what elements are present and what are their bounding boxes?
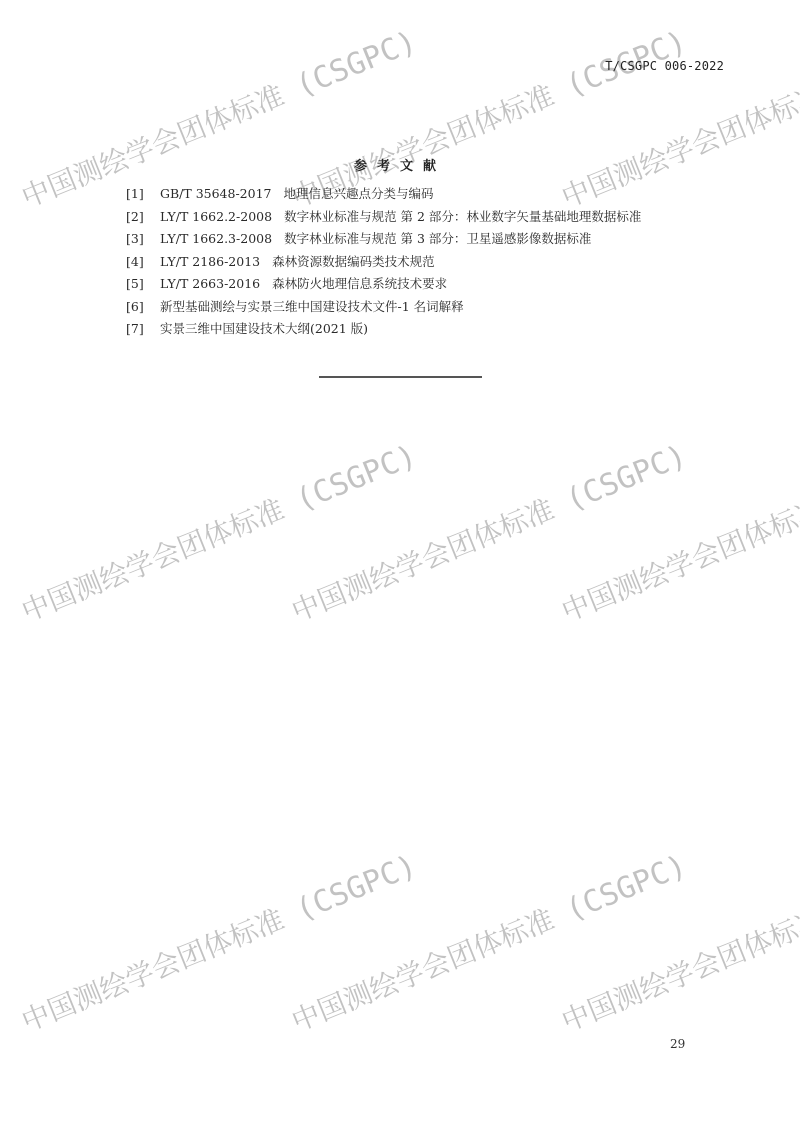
watermark: 中国测绘学会团体标准(CSGPC) bbox=[555, 435, 800, 630]
watermark: 中国测绘学会团体标准(CSGPC) bbox=[555, 845, 800, 1040]
reference-item: [2]LY/T 1662.2-2008数字林业标准与规范 第 2 部分：林业数字… bbox=[126, 206, 641, 229]
reference-list: [1]GB/T 35648-2017地理信息兴趣点分类与编码 [2]LY/T 1… bbox=[126, 183, 641, 341]
reference-number: [4] bbox=[126, 251, 160, 274]
reference-title: 地理信息兴趣点分类与编码 bbox=[284, 186, 434, 201]
reference-item: [4]LY/T 2186-2013森林资源数据编码类技术规范 bbox=[126, 251, 641, 274]
reference-number: [6] bbox=[126, 296, 160, 319]
reference-number: [2] bbox=[126, 206, 160, 229]
reference-title: 森林防火地理信息系统技术要求 bbox=[272, 276, 447, 291]
reference-title: 森林资源数据编码类技术规范 bbox=[272, 254, 435, 269]
reference-code: LY/T 2186-2013 bbox=[160, 251, 260, 274]
reference-number: [5] bbox=[126, 273, 160, 296]
reference-title: 新型基础测绘与实景三维中国建设技术文件-1 名词解释 bbox=[160, 299, 464, 314]
reference-item: [1]GB/T 35648-2017地理信息兴趣点分类与编码 bbox=[126, 183, 641, 206]
reference-title: 数字林业标准与规范 第 2 部分：林业数字矢量基础地理数据标准 bbox=[284, 209, 641, 224]
reference-code: LY/T 2663-2016 bbox=[160, 273, 260, 296]
document-code: T/CSGPC 006-2022 bbox=[605, 59, 724, 73]
reference-number: [1] bbox=[126, 183, 160, 206]
reference-code: LY/T 1662.3-2008 bbox=[160, 228, 272, 251]
section-title: 参考文献 bbox=[0, 155, 800, 174]
reference-number: [3] bbox=[126, 228, 160, 251]
watermark: 中国测绘学会团体标准(CSGPC) bbox=[15, 435, 422, 630]
watermark: 中国测绘学会团体标准(CSGPC) bbox=[15, 845, 422, 1040]
watermark: 中国测绘学会团体标准(CSGPC) bbox=[285, 435, 692, 630]
watermark: 中国测绘学会团体标准(CSGPC) bbox=[285, 845, 692, 1040]
page-number: 29 bbox=[670, 1037, 685, 1051]
end-rule-divider bbox=[319, 376, 482, 378]
reference-code: GB/T 35648-2017 bbox=[160, 183, 272, 206]
reference-item: [5]LY/T 2663-2016森林防火地理信息系统技术要求 bbox=[126, 273, 641, 296]
reference-item: [7]实景三维中国建设技术大纲(2021 版) bbox=[126, 318, 641, 341]
reference-code: LY/T 1662.2-2008 bbox=[160, 206, 272, 229]
reference-title: 数字林业标准与规范 第 3 部分：卫星遥感影像数据标准 bbox=[284, 231, 591, 246]
reference-number: [7] bbox=[126, 318, 160, 341]
reference-title: 实景三维中国建设技术大纲(2021 版) bbox=[160, 321, 368, 336]
reference-item: [6]新型基础测绘与实景三维中国建设技术文件-1 名词解释 bbox=[126, 296, 641, 319]
reference-item: [3]LY/T 1662.3-2008数字林业标准与规范 第 3 部分：卫星遥感… bbox=[126, 228, 641, 251]
